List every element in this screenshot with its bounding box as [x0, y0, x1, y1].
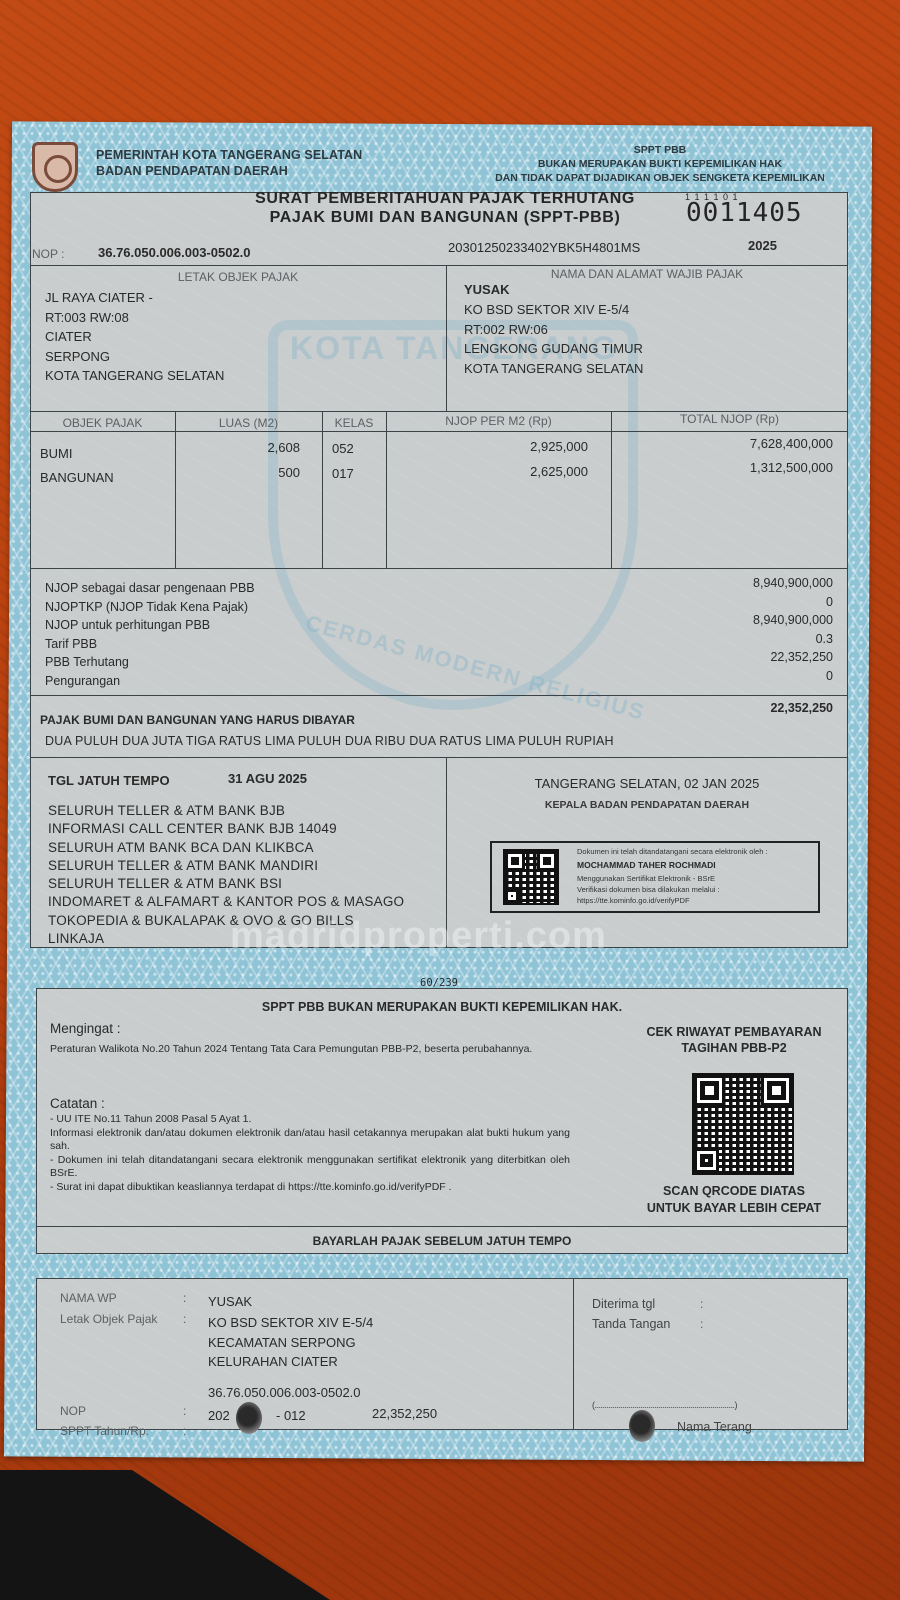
- taxpayer-address: KO BSD SEKTOR XIV E-5/4 RT:002 RW:06 LEN…: [464, 300, 643, 378]
- receipt-name: YUSAK: [208, 1294, 252, 1309]
- row-bumi-total: 7,628,400,000: [611, 436, 833, 451]
- row-bumi-kelas: 052: [332, 441, 354, 456]
- payment-channel: INDOMARET & ALFAMART & KANTOR POS & MASA…: [48, 893, 404, 911]
- signer-name: MOCHAMMAD TAHER ROCHMADI: [577, 860, 716, 870]
- row-bangunan-total: 1,312,500,000: [611, 460, 833, 475]
- mengingat-label: Mengingat :: [50, 1021, 121, 1036]
- location-heading: LETAK OBJEK PAJAK: [30, 270, 446, 284]
- receipt-address: KO BSD SEKTOR XIV E-5/4 KECAMATAN SERPON…: [208, 1313, 373, 1372]
- row-bumi-njop-m2: 2,925,000: [386, 439, 588, 454]
- signature-line[interactable]: (.......................................…: [592, 1400, 737, 1410]
- notice-title: SPPT PBB BUKAN MERUPAKAN BUKTI KEPEMILIK…: [36, 1000, 848, 1014]
- col-kelas: KELAS: [322, 416, 386, 430]
- signer-position: KEPALA BADAN PENDAPATAN DAERAH: [446, 799, 848, 811]
- issue-place-date: TANGERANG SELATAN, 02 JAN 2025: [446, 776, 848, 791]
- colon: :: [183, 1291, 186, 1305]
- total-label: PAJAK BUMI DAN BANGUNAN YANG HARUS DIBAY…: [40, 713, 355, 727]
- calc-label: Pengurangan: [45, 672, 255, 691]
- calc-label: NJOP untuk perhitungan PBB: [45, 616, 255, 635]
- mengingat-text: Peraturan Walikota No.20 Tahun 2024 Tent…: [50, 1042, 570, 1056]
- catatan-item: - Surat ini dapat dibuktikan keasliannya…: [50, 1181, 570, 1195]
- divider: [573, 1278, 574, 1430]
- colon: :: [183, 1404, 186, 1418]
- location-line: SERPONG: [45, 347, 224, 367]
- doc-title-1: SURAT PEMBERITAHUAN PAJAK TERHUTANG: [200, 190, 690, 208]
- colon: :: [183, 1424, 186, 1438]
- row-bangunan-njop-m2: 2,625,000: [386, 464, 588, 479]
- col-njop-m2: NJOP PER M2 (Rp): [386, 414, 611, 428]
- taxpayer-line: LENGKONG GUDANG TIMUR: [464, 339, 643, 359]
- serial-number: 0011405: [686, 198, 803, 228]
- divider: [30, 695, 848, 696]
- taxpayer-line: RT:002 RW:06: [464, 320, 643, 340]
- receipt-address-line: KO BSD SEKTOR XIV E-5/4: [208, 1313, 373, 1333]
- col-total-njop: TOTAL NJOP (Rp): [611, 412, 848, 426]
- calc-label: NJOP sebagai dasar pengenaan PBB: [45, 579, 255, 598]
- due-date-value: 31 AGU 2025: [228, 771, 307, 786]
- receipt-nop-label: NOP: [60, 1404, 86, 1418]
- divider: [446, 265, 447, 412]
- col-luas: LUAS (M2): [175, 416, 322, 430]
- catatan-label: Catatan :: [50, 1096, 105, 1111]
- receipt-amount: 22,352,250: [372, 1406, 437, 1421]
- calc-value: 8,940,900,000: [600, 611, 833, 630]
- catatan-item: Informasi elektronik dan/atau dokumen el…: [50, 1127, 570, 1154]
- punch-hole: [629, 1410, 655, 1442]
- calc-values: 8,940,900,000 0 8,940,900,000 0.3 22,352…: [600, 574, 833, 685]
- nop-code: 20301250233402YBK5H4801MS: [448, 240, 640, 255]
- colon: :: [700, 1317, 703, 1331]
- receipt-address-line: KECAMATAN SERPONG: [208, 1333, 373, 1353]
- esign-url[interactable]: https://tte.kominfo.go.id/verifyPDF: [577, 895, 690, 907]
- pay-before-due-notice: BAYARLAH PAJAK SEBELUM JATUH TEMPO: [36, 1234, 848, 1248]
- row-bumi-objek: BUMI: [40, 446, 73, 461]
- qr-code-icon: [503, 849, 559, 905]
- calc-value: 0: [600, 593, 833, 612]
- taxpayer-line: KO BSD SEKTOR XIV E-5/4: [464, 300, 643, 320]
- receipt-sppt-label: SPPT Tahun/Rp.: [60, 1424, 149, 1438]
- receipt-nama-label: NAMA WP: [60, 1291, 117, 1305]
- location-line: CIATER: [45, 327, 224, 347]
- nop-label: NOP :: [32, 247, 64, 261]
- qr-title-2: TAGIHAN PBB-P2: [620, 1041, 848, 1055]
- location-address: JL RAYA CIATER - RT:003 RW:08 CIATER SER…: [45, 288, 224, 386]
- payment-channel: SELURUH ATM BANK BCA DAN KLIKBCA: [48, 839, 404, 857]
- location-line: JL RAYA CIATER -: [45, 288, 224, 308]
- signature-label: Tanda Tangan: [592, 1317, 670, 1331]
- catatan-item: - UU ITE No.11 Tahun 2008 Pasal 5 Ayat 1…: [50, 1113, 570, 1127]
- esign-statement: Dokumen ini telah ditandatangani secara …: [577, 846, 768, 858]
- divider: [611, 411, 612, 568]
- col-objek: OBJEK PAJAK: [30, 416, 175, 430]
- divider: [30, 265, 848, 266]
- background-shadow: [0, 1470, 330, 1600]
- punch-hole: [236, 1402, 262, 1434]
- catatan-list: - UU ITE No.11 Tahun 2008 Pasal 5 Ayat 1…: [50, 1113, 570, 1194]
- location-line: KOTA TANGERANG SELATAN: [45, 366, 224, 386]
- catatan-item: - Dokumen ini telah ditandatangani secar…: [50, 1154, 570, 1181]
- calc-value: 0.3: [600, 630, 833, 649]
- calc-label: PBB Terhutang: [45, 653, 255, 672]
- divider: [175, 411, 176, 568]
- qr-title-1: CEK RIWAYAT PEMBAYARAN: [620, 1025, 848, 1039]
- divider: [30, 757, 848, 758]
- printed-name-label: Nama Terang: [677, 1420, 752, 1434]
- location-line: RT:003 RW:08: [45, 308, 224, 328]
- payment-channel: SELURUH TELLER & ATM BANK BJB: [48, 802, 404, 820]
- taxpayer-heading: NAMA DAN ALAMAT WAJIB PAJAK: [446, 267, 848, 281]
- receipt-code: - 012: [276, 1408, 306, 1423]
- calc-value: 8,940,900,000: [600, 574, 833, 593]
- payment-channel: SELURUH TELLER & ATM BANK BSI: [48, 875, 404, 893]
- divider: [30, 431, 848, 432]
- watermark-text: madridproperti.com: [230, 915, 607, 958]
- header-disclaimer-1: BUKAN MERUPAKAN BUKTI KEPEMILIKAN HAK: [470, 158, 850, 170]
- row-bumi-luas: 2,608: [175, 440, 300, 455]
- doc-title-2: PAJAK BUMI DAN BANGUNAN (SPPT-PBB): [200, 209, 690, 227]
- qr-caption-2: UNTUK BAYAR LEBIH CEPAT: [620, 1201, 848, 1215]
- total-in-words: DUA PULUH DUA JUTA TIGA RATUS LIMA PULUH…: [45, 734, 614, 748]
- colon: :: [700, 1297, 703, 1311]
- divider: [36, 1226, 848, 1227]
- nop-value: 36.76.050.006.003-0502.0: [98, 245, 251, 260]
- receipt-address-line: KELURAHAN CIATER: [208, 1352, 373, 1372]
- header-disclaimer-2: DAN TIDAK DAPAT DIJADIKAN OBJEK SENGKETA…: [470, 172, 850, 184]
- due-date-label: TGL JATUH TEMPO: [48, 773, 170, 788]
- calc-value: 0: [600, 667, 833, 686]
- calc-label: NJOPTKP (NJOP Tidak Kena Pajak): [45, 598, 255, 617]
- total-value: 22,352,250: [600, 701, 833, 715]
- receipt-nop: 36.76.050.006.003-0502.0: [208, 1385, 361, 1400]
- row-bangunan-kelas: 017: [332, 466, 354, 481]
- org-department: BADAN PENDAPATAN DAERAH: [96, 164, 288, 178]
- qr-caption-1: SCAN QRCODE DIATAS: [620, 1184, 848, 1198]
- divider: [30, 568, 848, 569]
- tax-year: 2025: [748, 238, 777, 253]
- row-bangunan-objek: BANGUNAN: [40, 470, 114, 485]
- payment-channel: SELURUH TELLER & ATM BANK MANDIRI: [48, 857, 404, 875]
- taxpayer-line: KOTA TANGERANG SELATAN: [464, 359, 643, 379]
- payment-channel: INFORMASI CALL CENTER BANK BJB 14049: [48, 820, 404, 838]
- receipt-letak-label: Letak Objek Pajak: [60, 1312, 157, 1326]
- payment-qr-code-icon[interactable]: [692, 1073, 794, 1175]
- calc-labels: NJOP sebagai dasar pengenaan PBB NJOPTKP…: [45, 579, 255, 690]
- org-name: PEMERINTAH KOTA TANGERANG SELATAN: [96, 148, 362, 162]
- receipt-year: 202: [208, 1408, 230, 1423]
- taxpayer-name: YUSAK: [464, 282, 510, 297]
- divider: [322, 411, 323, 568]
- divider: [386, 411, 387, 568]
- row-bangunan-luas: 500: [175, 465, 300, 480]
- received-date-label: Diterima tgl: [592, 1297, 655, 1311]
- calc-label: Tarif PBB: [45, 635, 255, 654]
- calc-value: 22,352,250: [600, 648, 833, 667]
- city-emblem-icon: [32, 142, 78, 192]
- colon: :: [183, 1312, 186, 1326]
- header-sppt-pbb: SPPT PBB: [470, 144, 850, 156]
